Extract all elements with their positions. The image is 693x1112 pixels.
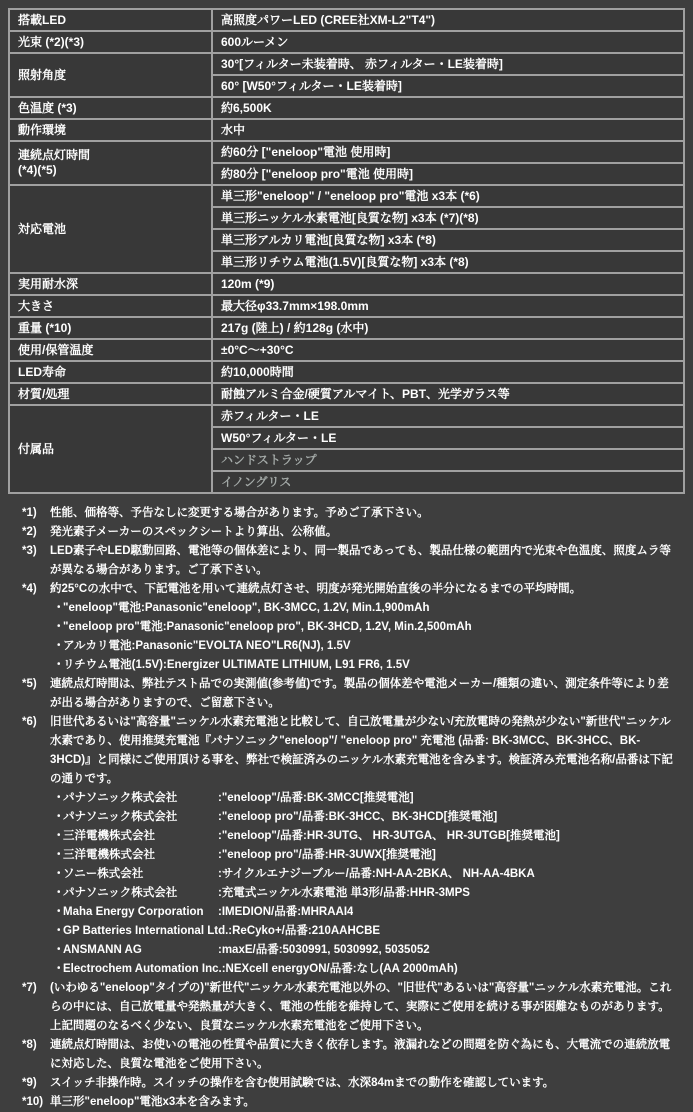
- spec-row: 重量 (*10)217g (陸上) / 約128g (水中): [9, 317, 684, 339]
- footnote-item-label: "eneloop"電池: [63, 599, 141, 618]
- spec-label-text: LED寿命: [18, 365, 203, 380]
- footnote-item: ・三洋電機株式会社:"eneloop"/品番:HR-3UTG、 HR-3UTGA…: [50, 827, 679, 846]
- spec-label-text: 動作環境: [18, 123, 203, 138]
- spec-label: 付属品: [9, 405, 212, 493]
- bullet-icon: ・: [53, 656, 63, 675]
- footnote-text: 発光素子メーカーのスペックシートより算出、公称値。: [50, 523, 679, 542]
- footnote-item-label: 三洋電機株式会社: [63, 846, 218, 865]
- footnote: *7)(いわゆる"eneloop"タイプの)"新世代"ニッケル水素充電池以外の、…: [22, 979, 679, 1036]
- footnote-item: ・三洋電機株式会社:"eneloop pro"/品番:HR-3UWX[推奨電池]: [50, 846, 679, 865]
- footnote-text: 旧世代あるいは"高容量"ニッケル水素充電池と比較して、自己放電量が少ない/充放電…: [50, 713, 679, 789]
- footnote: *10)単三形"eneloop"電池x3本を含みます。: [22, 1093, 679, 1112]
- footnote-item-label: 三洋電機株式会社: [63, 827, 218, 846]
- spec-label-text: 使用/保管温度: [18, 343, 203, 358]
- footnote-marker: *10): [22, 1093, 50, 1112]
- footnote-item-value: :IMEDION/品番:MHRAAI4: [218, 903, 353, 922]
- footnote-text: 性能、価格等、予告なしに変更する場合があります。予めご了承下さい。: [50, 504, 679, 523]
- spec-label: LED寿命: [9, 361, 212, 383]
- footnotes: *1)性能、価格等、予告なしに変更する場合があります。予めご了承下さい。*2)発…: [8, 494, 685, 1112]
- footnote-marker: *3): [22, 542, 50, 580]
- spec-value: ±0°C～+30°C: [212, 339, 684, 361]
- spec-value: 耐蝕アルミ合金/硬質アルマイト、PBT、光学ガラス等: [212, 383, 684, 405]
- footnote-body: 旧世代あるいは"高容量"ニッケル水素充電池と比較して、自己放電量が少ない/充放電…: [50, 713, 679, 979]
- bullet-icon: ・: [53, 865, 63, 884]
- footnote-marker: *9): [22, 1074, 50, 1093]
- footnote-text: LED素子やLED駆動回路、電池等の個体差により、同一製品であっても、製品仕様の…: [50, 542, 679, 580]
- footnote-marker: *7): [22, 979, 50, 1036]
- footnote-item-value: :充電式ニッケル水素電池 単3形/品番:HHR-3MPS: [218, 884, 470, 903]
- footnote-marker: *5): [22, 675, 50, 713]
- footnote-item: ・アルカリ電池:Panasonic"EVOLTA NEO"LR6(NJ), 1.…: [50, 637, 679, 656]
- footnote-item: ・Electrochem Automation Inc.:NEXcell ene…: [50, 960, 679, 979]
- spec-label: 照射角度: [9, 53, 212, 97]
- spec-value: ハンドストラップ: [212, 449, 684, 471]
- footnote-item: ・パナソニック株式会社:充電式ニッケル水素電池 単3形/品番:HHR-3MPS: [50, 884, 679, 903]
- footnote: *2)発光素子メーカーのスペックシートより算出、公称値。: [22, 523, 679, 542]
- spec-value: 単三形ニッケル水素電池[良質な物] x3本 (*7)(*8): [212, 207, 684, 229]
- footnote-body: 性能、価格等、予告なしに変更する場合があります。予めご了承下さい。: [50, 504, 679, 523]
- spec-row: LED寿命約10,000時間: [9, 361, 684, 383]
- spec-label: 動作環境: [9, 119, 212, 141]
- footnote-item-value: :"eneloop pro"/品番:BK-3HCC、BK-3HCD[推奨電池]: [218, 808, 497, 827]
- footnote-body: 単三形"eneloop"電池x3本を含みます。: [50, 1093, 679, 1112]
- footnote-marker: *6): [22, 713, 50, 979]
- spec-label: 材質/処理: [9, 383, 212, 405]
- spec-value: 600ルーメン: [212, 31, 684, 53]
- footnote-item: ・Maha Energy Corporation:IMEDION/品番:MHRA…: [50, 903, 679, 922]
- footnote-item: ・"eneloop pro"電池:Panasonic"eneloop pro",…: [50, 618, 679, 637]
- spec-row: 動作環境水中: [9, 119, 684, 141]
- spec-label-text: 材質/処理: [18, 387, 203, 402]
- footnote-item: ・ソニー株式会社:サイクルエナジーブルー/品番:NH-AA-2BKA、 NH-A…: [50, 865, 679, 884]
- spec-value: 最大径φ33.7mm×198.0mm: [212, 295, 684, 317]
- footnote-item: ・リチウム電池(1.5V):Energizer ULTIMATE LITHIUM…: [50, 656, 679, 675]
- footnote-item-value: :Panasonic"EVOLTA NEO"LR6(NJ), 1.5V: [132, 637, 351, 656]
- spec-label: 大きさ: [9, 295, 212, 317]
- spec-label-text: 搭載LED: [18, 13, 203, 28]
- bullet-icon: ・: [53, 884, 63, 903]
- spec-label: 色温度 (*3): [9, 97, 212, 119]
- bullet-icon: ・: [53, 808, 63, 827]
- footnote: *8)連続点灯時間は、お使いの電池の性質や品質に大きく依存します。液漏れなどの問…: [22, 1036, 679, 1074]
- spec-label: 搭載LED: [9, 9, 212, 31]
- bullet-icon: ・: [53, 637, 63, 656]
- spec-value: 60° [W50°フィルター・LE装着時]: [212, 75, 684, 97]
- spec-row: 色温度 (*3)約6,500K: [9, 97, 684, 119]
- spec-label: 対応電池: [9, 185, 212, 273]
- footnote: *3)LED素子やLED駆動回路、電池等の個体差により、同一製品であっても、製品…: [22, 542, 679, 580]
- spec-label: 連続点灯時間(*4)(*5): [9, 141, 212, 185]
- footnote: *6)旧世代あるいは"高容量"ニッケル水素充電池と比較して、自己放電量が少ない/…: [22, 713, 679, 979]
- footnote-item-value: :"eneloop pro"/品番:HR-3UWX[推奨電池]: [218, 846, 436, 865]
- footnote-item-label: アルカリ電池: [63, 637, 132, 656]
- bullet-icon: ・: [53, 903, 63, 922]
- footnote-text: スイッチ非操作時。スイッチの操作を含む使用試験では、水深84mまでの動作を確認し…: [50, 1074, 679, 1093]
- bullet-icon: ・: [53, 846, 63, 865]
- footnote-item-value: :Panasonic"eneloop", BK-3MCC, 1.2V, Min.…: [141, 599, 429, 618]
- footnote-item-value: :ReCyko+/品番:210AAHCBE: [228, 922, 380, 941]
- footnote-body: 連続点灯時間は、お使いの電池の性質や品質に大きく依存します。液漏れなどの問題を防…: [50, 1036, 679, 1074]
- spec-value: 約6,500K: [212, 97, 684, 119]
- spec-row: 実用耐水深120m (*9): [9, 273, 684, 295]
- footnote-item: ・GP Batteries International Ltd.:ReCyko+…: [50, 922, 679, 941]
- spec-label-text: 実用耐水深: [18, 277, 203, 292]
- footnote-body: (いわゆる"eneloop"タイプの)"新世代"ニッケル水素充電池以外の、"旧世…: [50, 979, 679, 1036]
- spec-row: 付属品赤フィルター・LE: [9, 405, 684, 427]
- footnote: *1)性能、価格等、予告なしに変更する場合があります。予めご了承下さい。: [22, 504, 679, 523]
- bullet-icon: ・: [53, 960, 63, 979]
- spec-row: 使用/保管温度±0°C～+30°C: [9, 339, 684, 361]
- footnote-item-label: ANSMANN AG: [63, 941, 218, 960]
- spec-value: 約60分 ["eneloop"電池 使用時]: [212, 141, 684, 163]
- spec-label-text: 対応電池: [18, 222, 203, 237]
- spec-row: 対応電池単三形"eneloop" / "eneloop pro"電池 x3本 (…: [9, 185, 684, 207]
- bullet-icon: ・: [53, 789, 63, 808]
- bullet-icon: ・: [53, 941, 63, 960]
- spec-label-text: 重量 (*10): [18, 321, 203, 336]
- spec-label-text: 照射角度: [18, 68, 203, 83]
- footnote-marker: *4): [22, 580, 50, 675]
- spec-row: 連続点灯時間(*4)(*5)約60分 ["eneloop"電池 使用時]: [9, 141, 684, 163]
- spec-value: 高照度パワーLED (CREE社XM-L2"T4"): [212, 9, 684, 31]
- spec-row: 搭載LED高照度パワーLED (CREE社XM-L2"T4"): [9, 9, 684, 31]
- footnote-item-label: "eneloop pro"電池: [63, 618, 163, 637]
- spec-label-text: 付属品: [18, 442, 203, 457]
- spec-value: 赤フィルター・LE: [212, 405, 684, 427]
- footnote-item-value: :Energizer ULTIMATE LITHIUM, L91 FR6, 1.…: [163, 656, 410, 675]
- footnote-marker: *2): [22, 523, 50, 542]
- footnote-body: 約25°Cの水中で、下記電池を用いて連続点灯させ、明度が発光開始直後の半分になる…: [50, 580, 679, 675]
- spec-label-text: 大きさ: [18, 299, 203, 314]
- spec-label: 実用耐水深: [9, 273, 212, 295]
- spec-value: W50°フィルター・LE: [212, 427, 684, 449]
- footnote-item-label: リチウム電池(1.5V): [63, 656, 163, 675]
- spec-value: 30°[フィルター未装着時、 赤フィルター・LE装着時]: [212, 53, 684, 75]
- spec-label: 光束 (*2)(*3): [9, 31, 212, 53]
- footnote-text: 連続点灯時間は、弊社テスト品での実測値(参考値)です。製品の個体差や電池メーカー…: [50, 675, 679, 713]
- footnote-item-label: Maha Energy Corporation: [63, 903, 218, 922]
- footnote-text: 連続点灯時間は、お使いの電池の性質や品質に大きく依存します。液漏れなどの問題を防…: [50, 1036, 679, 1074]
- footnote-item-value: :サイクルエナジーブルー/品番:NH-AA-2BKA、 NH-AA-4BKA: [218, 865, 535, 884]
- spec-label: 使用/保管温度: [9, 339, 212, 361]
- spec-row: 材質/処理耐蝕アルミ合金/硬質アルマイト、PBT、光学ガラス等: [9, 383, 684, 405]
- bullet-icon: ・: [53, 618, 63, 637]
- spec-value: 単三形リチウム電池(1.5V)[良質な物] x3本 (*8): [212, 251, 684, 273]
- footnote-item-value: :"eneloop"/品番:HR-3UTG、 HR-3UTGA、 HR-3UTG…: [218, 827, 560, 846]
- spec-label: 重量 (*10): [9, 317, 212, 339]
- footnote-item-label: パナソニック株式会社: [63, 789, 218, 808]
- footnote-item: ・パナソニック株式会社:"eneloop"/品番:BK-3MCC[推奨電池]: [50, 789, 679, 808]
- footnote-marker: *1): [22, 504, 50, 523]
- spec-row: 光束 (*2)(*3)600ルーメン: [9, 31, 684, 53]
- spec-label-text: 色温度 (*3): [18, 101, 203, 116]
- spec-row: 大きさ最大径φ33.7mm×198.0mm: [9, 295, 684, 317]
- bullet-icon: ・: [53, 827, 63, 846]
- spec-value: 120m (*9): [212, 273, 684, 295]
- bullet-icon: ・: [53, 599, 63, 618]
- page: 搭載LED高照度パワーLED (CREE社XM-L2"T4")光束 (*2)(*…: [0, 0, 693, 1112]
- spec-value: 単三形"eneloop" / "eneloop pro"電池 x3本 (*6): [212, 185, 684, 207]
- footnote-item-value: :NEXcell energyON/品番:なし(AA 2000mAh): [222, 960, 458, 979]
- footnote: *5)連続点灯時間は、弊社テスト品での実測値(参考値)です。製品の個体差や電池メ…: [22, 675, 679, 713]
- footnote-item: ・"eneloop"電池:Panasonic"eneloop", BK-3MCC…: [50, 599, 679, 618]
- footnote-body: LED素子やLED駆動回路、電池等の個体差により、同一製品であっても、製品仕様の…: [50, 542, 679, 580]
- footnote-text: 単三形"eneloop"電池x3本を含みます。: [50, 1093, 679, 1112]
- footnote: *4)約25°Cの水中で、下記電池を用いて連続点灯させ、明度が発光開始直後の半分…: [22, 580, 679, 675]
- footnote-item: ・パナソニック株式会社:"eneloop pro"/品番:BK-3HCC、BK-…: [50, 808, 679, 827]
- spec-value: 約10,000時間: [212, 361, 684, 383]
- spec-table-body: 搭載LED高照度パワーLED (CREE社XM-L2"T4")光束 (*2)(*…: [9, 9, 684, 493]
- footnote-body: 連続点灯時間は、弊社テスト品での実測値(参考値)です。製品の個体差や電池メーカー…: [50, 675, 679, 713]
- footnote-item: ・ANSMANN AG:maxE/品番:5030991, 5030992, 50…: [50, 941, 679, 960]
- spec-value: 217g (陸上) / 約128g (水中): [212, 317, 684, 339]
- footnote-item-label: Electrochem Automation Inc.: [63, 960, 222, 979]
- footnote-item-label: GP Batteries International Ltd.: [63, 922, 228, 941]
- footnote-item-label: パナソニック株式会社: [63, 884, 218, 903]
- footnote-body: スイッチ非操作時。スイッチの操作を含む使用試験では、水深84mまでの動作を確認し…: [50, 1074, 679, 1093]
- footnote-item-value: :Panasonic"eneloop pro", BK-3HCD, 1.2V, …: [163, 618, 472, 637]
- spec-table: 搭載LED高照度パワーLED (CREE社XM-L2"T4")光束 (*2)(*…: [8, 8, 685, 494]
- footnote-item-label: パナソニック株式会社: [63, 808, 218, 827]
- footnote-text: 約25°Cの水中で、下記電池を用いて連続点灯させ、明度が発光開始直後の半分になる…: [50, 580, 679, 599]
- footnote-marker: *8): [22, 1036, 50, 1074]
- spec-label-note: (*4)(*5): [18, 163, 203, 178]
- footnote-item-label: ソニー株式会社: [63, 865, 218, 884]
- footnote-item-value: :maxE/品番:5030991, 5030992, 5035052: [218, 941, 430, 960]
- spec-label-text: 光束 (*2)(*3): [18, 35, 203, 50]
- spec-value: 水中: [212, 119, 684, 141]
- footnote: *9)スイッチ非操作時。スイッチの操作を含む使用試験では、水深84mまでの動作を…: [22, 1074, 679, 1093]
- spec-row: 照射角度30°[フィルター未装着時、 赤フィルター・LE装着時]: [9, 53, 684, 75]
- footnote-body: 発光素子メーカーのスペックシートより算出、公称値。: [50, 523, 679, 542]
- footnote-text: (いわゆる"eneloop"タイプの)"新世代"ニッケル水素充電池以外の、"旧世…: [50, 979, 679, 1036]
- spec-label-text: 連続点灯時間: [18, 148, 203, 163]
- footnote-item-value: :"eneloop"/品番:BK-3MCC[推奨電池]: [218, 789, 414, 808]
- bullet-icon: ・: [53, 922, 63, 941]
- spec-value: 約80分 ["eneloop pro"電池 使用時]: [212, 163, 684, 185]
- spec-value: イノングリス: [212, 471, 684, 493]
- spec-value: 単三形アルカリ電池[良質な物] x3本 (*8): [212, 229, 684, 251]
